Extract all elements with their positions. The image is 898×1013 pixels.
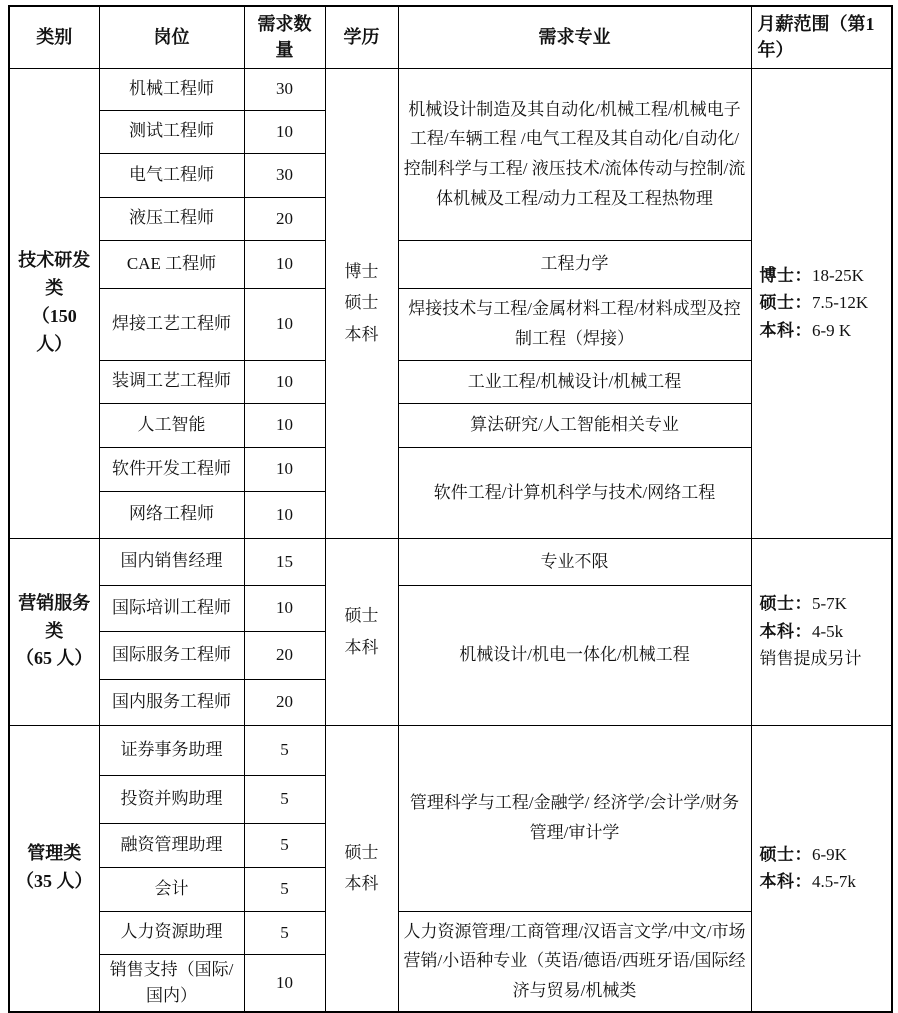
header-major: 需求专业 [398,6,751,68]
position-cell: 国内服务工程师 [99,679,244,725]
position-cell: 装调工艺工程师 [99,360,244,403]
position-cell: 机械工程师 [99,68,244,110]
major-cell: 机械设计制造及其自动化/机械工程/机械电子工程/车辆工程 /电气工程及其自动化/… [398,68,751,240]
position-cell: 电气工程师 [99,153,244,197]
count-cell: 30 [244,153,325,197]
count-cell: 10 [244,491,325,538]
count-cell: 5 [244,725,325,775]
major-cell: 软件工程/计算机科学与技术/网络工程 [398,447,751,538]
major-cell: 算法研究/人工智能相关专业 [398,403,751,447]
table-body: 技术研发 类 （150 人）机械工程师30博士 硕士 本科机械设计制造及其自动化… [9,68,892,1012]
count-cell: 30 [244,68,325,110]
count-cell: 20 [244,631,325,679]
salary-cell: 硕士：5-7K本科：4-5k销售提成另计 [751,538,892,725]
count-cell: 5 [244,867,325,911]
position-cell: 国际培训工程师 [99,585,244,631]
salary-line: 本科：4.5-7k [760,868,888,896]
education-cell: 硕士 本科 [325,725,398,1012]
position-cell: 融资管理助理 [99,823,244,867]
position-cell: 软件开发工程师 [99,447,244,491]
position-cell: 国际服务工程师 [99,631,244,679]
header-category: 类别 [9,6,99,68]
category-cell: 技术研发 类 （150 人） [9,68,99,538]
salary-line: 博士：18-25K [760,262,888,290]
position-cell: 人工智能 [99,403,244,447]
table-row: 管理类 （35 人）证券事务助理5硕士 本科管理科学与工程/金融学/ 经济学/会… [9,725,892,775]
category-cell: 管理类 （35 人） [9,725,99,1012]
header-row: 类别 岗位 需求数量 学历 需求专业 月薪范围（第1年） [9,6,892,68]
count-cell: 5 [244,911,325,954]
major-cell: 工程力学 [398,240,751,288]
table-row: 营销服务 类 （65 人）国内销售经理15硕士 本科专业不限硕士：5-7K本科：… [9,538,892,585]
count-cell: 15 [244,538,325,585]
salary-line: 本科：4-5k [760,618,888,646]
salary-line: 硕士：7.5-12K [760,289,888,317]
table-row: 技术研发 类 （150 人）机械工程师30博士 硕士 本科机械设计制造及其自动化… [9,68,892,110]
position-cell: 国内销售经理 [99,538,244,585]
salary-line: 本科：6-9 K [760,317,888,345]
position-cell: 投资并购助理 [99,775,244,823]
position-cell: 网络工程师 [99,491,244,538]
header-count: 需求数量 [244,6,325,68]
count-cell: 20 [244,679,325,725]
count-cell: 10 [244,288,325,360]
count-cell: 10 [244,403,325,447]
position-cell: 测试工程师 [99,110,244,153]
recruitment-table: 类别 岗位 需求数量 学历 需求专业 月薪范围（第1年） 技术研发 类 （150… [8,5,893,1013]
education-cell: 硕士 本科 [325,538,398,725]
count-cell: 10 [244,240,325,288]
salary-line: 硕士：6-9K [760,841,888,869]
position-cell: 证券事务助理 [99,725,244,775]
position-cell: 人力资源助理 [99,911,244,954]
major-cell: 专业不限 [398,538,751,585]
count-cell: 10 [244,360,325,403]
count-cell: 10 [244,585,325,631]
major-cell: 机械设计/机电一体化/机械工程 [398,585,751,725]
count-cell: 5 [244,775,325,823]
major-cell: 人力资源管理/工商管理/汉语言文学/中文/市场营销/小语种专业（英语/德语/西班… [398,911,751,1012]
count-cell: 20 [244,197,325,240]
header-salary-range: 月薪范围（第1年） [751,6,892,68]
position-cell: 液压工程师 [99,197,244,240]
major-cell: 管理科学与工程/金融学/ 经济学/会计学/财务管理/审计学 [398,725,751,911]
position-cell: 销售支持（国际/国内） [99,954,244,1012]
position-cell: CAE 工程师 [99,240,244,288]
header-education: 学历 [325,6,398,68]
count-cell: 5 [244,823,325,867]
education-cell: 博士 硕士 本科 [325,68,398,538]
category-cell: 营销服务 类 （65 人） [9,538,99,725]
header-position: 岗位 [99,6,244,68]
salary-line: 销售提成另计 [760,645,888,673]
count-cell: 10 [244,954,325,1012]
position-cell: 会计 [99,867,244,911]
salary-line: 硕士：5-7K [760,590,888,618]
count-cell: 10 [244,110,325,153]
major-cell: 焊接技术与工程/金属材料工程/材料成型及控制工程（焊接） [398,288,751,360]
major-cell: 工业工程/机械设计/机械工程 [398,360,751,403]
count-cell: 10 [244,447,325,491]
salary-cell: 硕士：6-9K本科：4.5-7k [751,725,892,1012]
position-cell: 焊接工艺工程师 [99,288,244,360]
salary-cell: 博士：18-25K硕士：7.5-12K本科：6-9 K [751,68,892,538]
